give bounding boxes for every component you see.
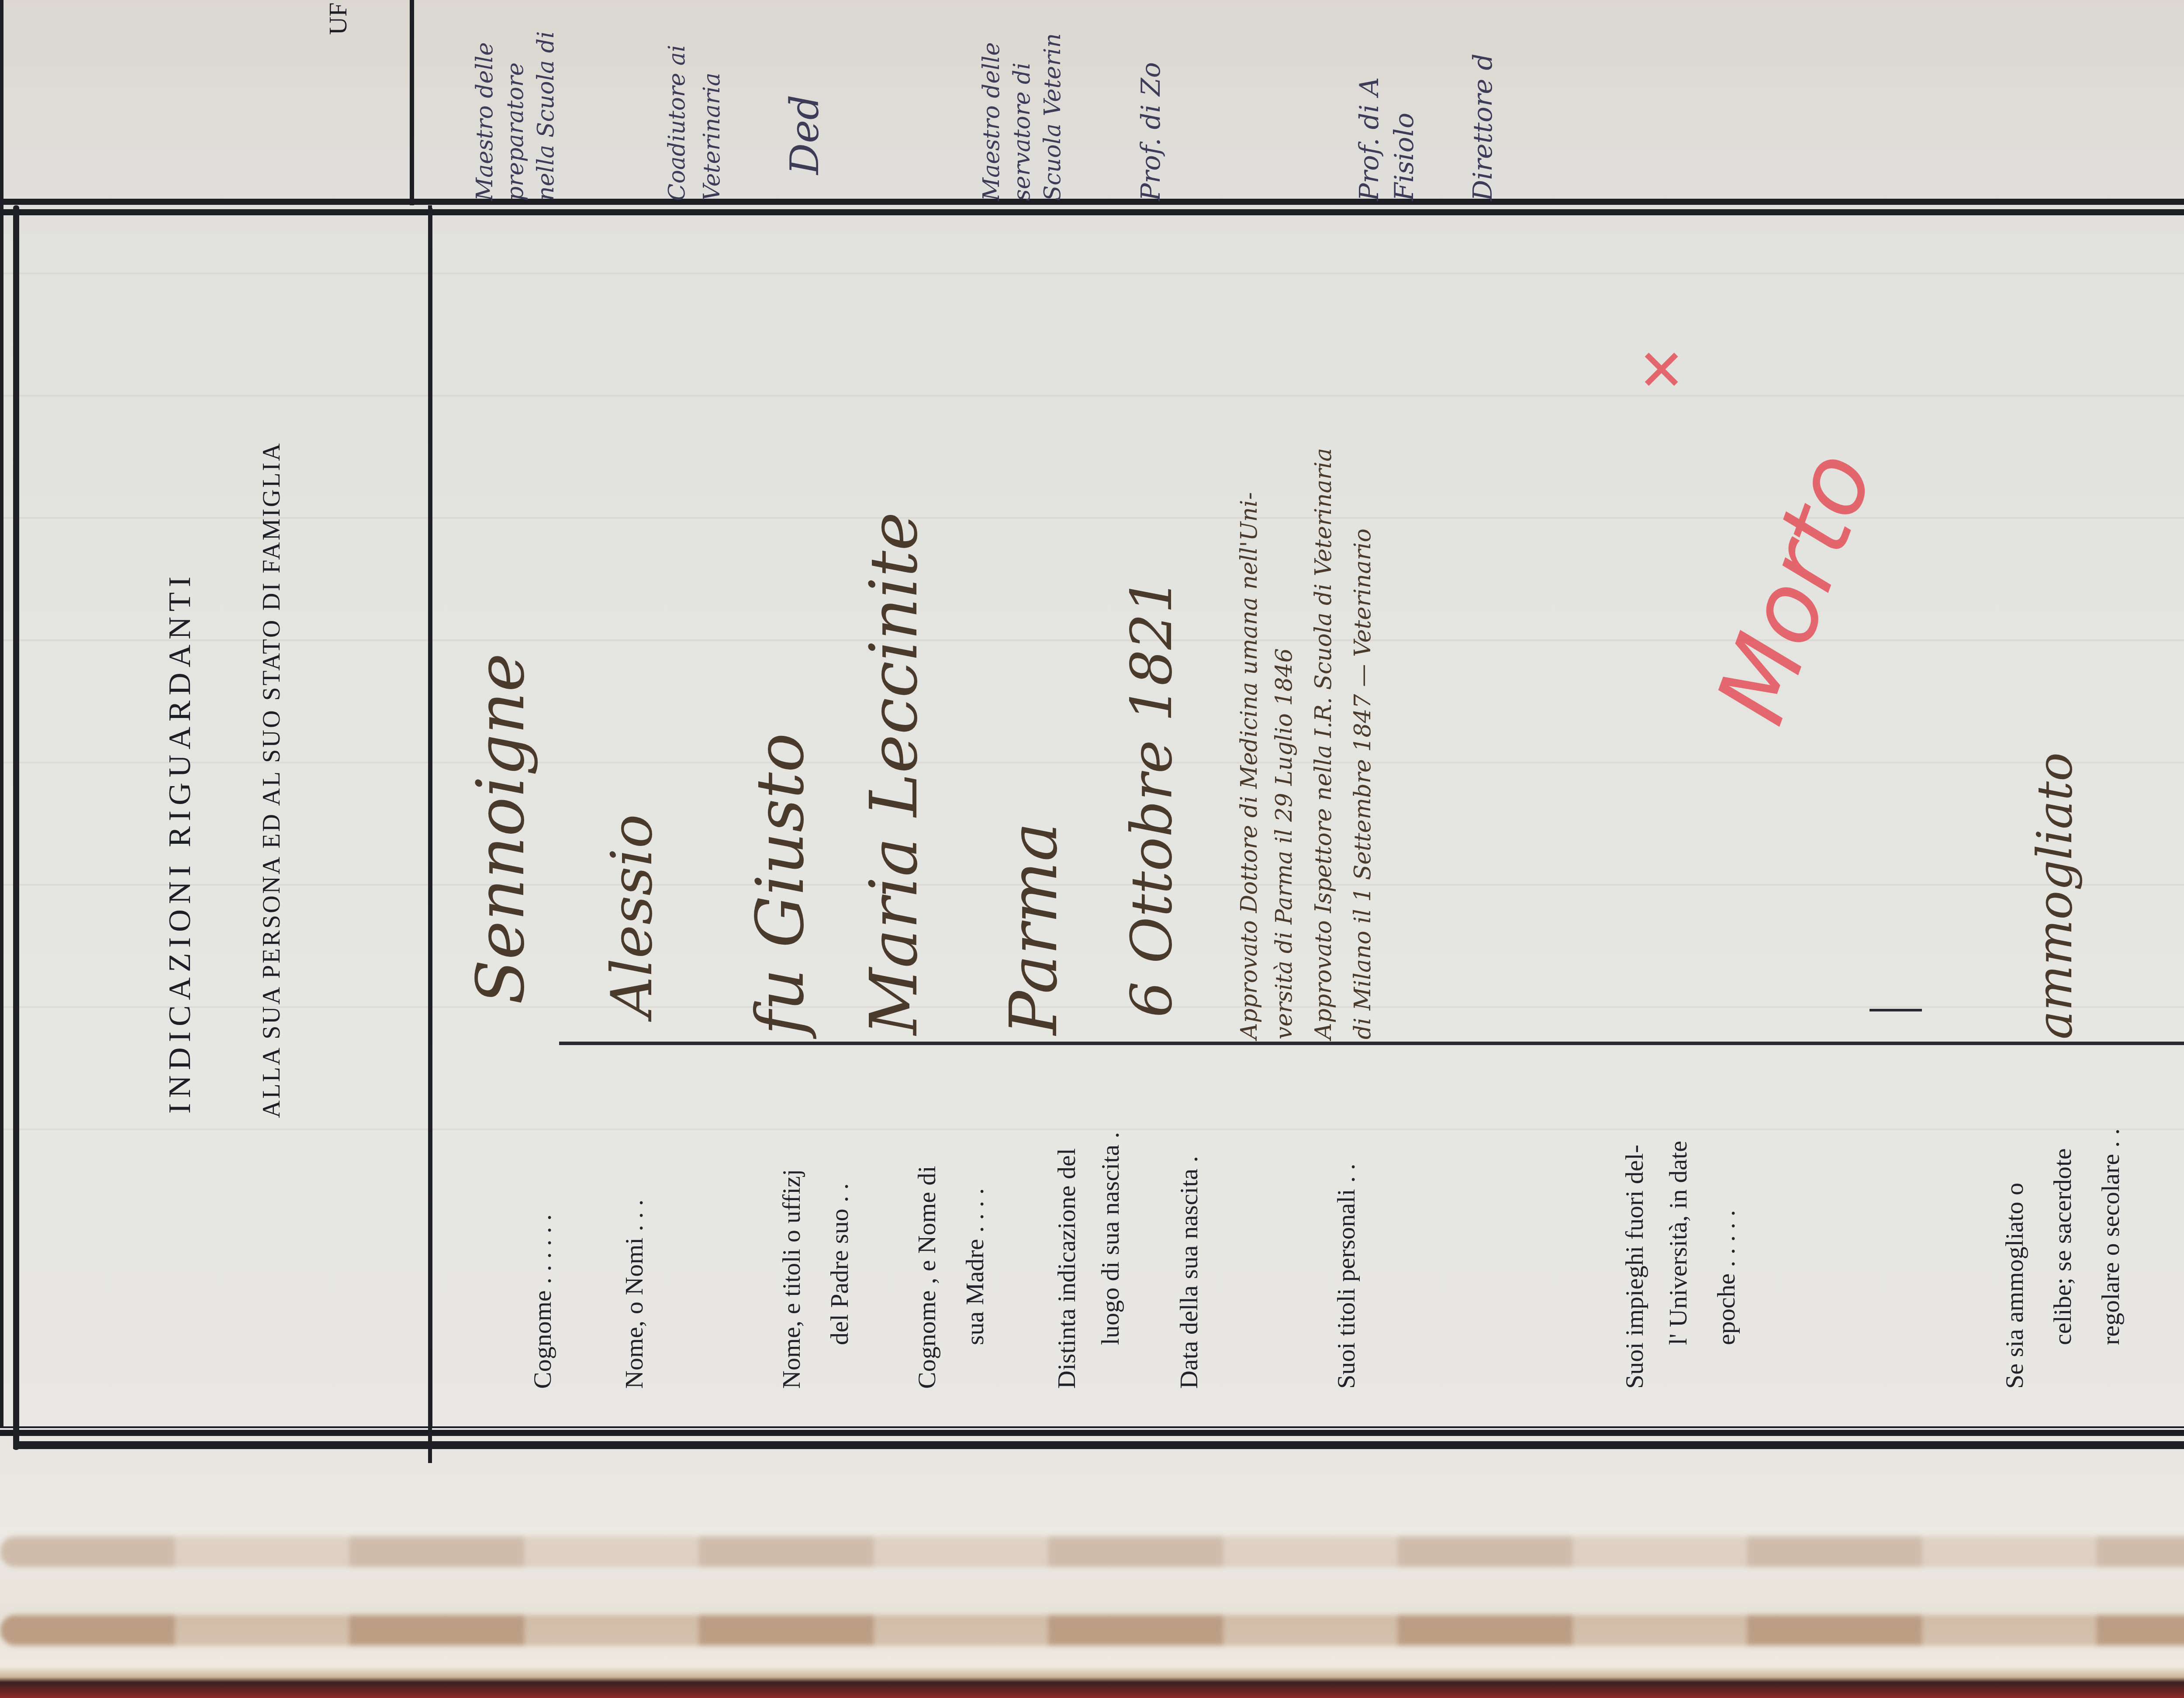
- value-titoli-line4: di Milano il 1 Settembre 1847 — Veterina…: [1350, 528, 1376, 1039]
- label-luogo-line1: Distinta indicazione del: [1048, 1148, 1085, 1389]
- label-titoli: Suoi titoli personali . .: [1328, 1163, 1365, 1389]
- value-luogo: Parma: [996, 822, 1072, 1035]
- value-padre: fu Giusto: [743, 733, 819, 1035]
- label-luogo-line2: luogo di sua nascita .: [1092, 1132, 1129, 1345]
- fragment: servatore di: [1009, 62, 1035, 201]
- label-data-nascita: Data della sua nascita .: [1171, 1156, 1207, 1389]
- frame-outer-rule: [13, 1441, 2184, 1449]
- blank-line: [1870, 1009, 1922, 1011]
- label-madre-line1: Cognome , e Nome di: [909, 1166, 945, 1389]
- value-titoli-line2: versità di Parma il 29 Luglio 1846: [1271, 648, 1297, 1039]
- label-impieghi-line2: l' Università, in date: [1660, 1141, 1697, 1345]
- value-cognome: Sennoigne: [463, 653, 539, 1004]
- fragment: preparatore: [502, 62, 529, 201]
- label-stato-line3: regolare o secolare . .: [2092, 1129, 2129, 1345]
- label-nome: Nome, o Nomi . . .: [616, 1200, 653, 1389]
- fragment: Scuola Veterin: [1040, 33, 1066, 201]
- header-subtitle: ALLA SUA PERSONA ED AL SUO STATO DI FAMI…: [258, 442, 286, 1118]
- fragment: Direttore d: [1468, 54, 1498, 201]
- fragment: Maestro delle: [472, 42, 498, 201]
- fragment: Prof. di A: [1354, 77, 1385, 201]
- label-stato-line2: celibe; se sacerdote: [2044, 1148, 2081, 1345]
- value-titoli-line1: Approvato Dottore di Medicina umana nell…: [1236, 492, 1262, 1039]
- frame-left-rule: [13, 205, 19, 1450]
- fragment: Coadiutore ai: [664, 45, 690, 201]
- fragment: Veterinaria: [699, 72, 725, 201]
- next-column-heading-fragment: UF: [323, 3, 352, 35]
- header-body-divider: [428, 205, 432, 1463]
- value-data-nascita: 6 Ottobre 1821: [1118, 577, 1185, 1018]
- label-padre-line2: del Padre suo . .: [821, 1184, 858, 1346]
- column-divider: [0, 199, 2184, 205]
- frame-inner-rule: [13, 1433, 2184, 1436]
- fragment: Prof. di Zo: [1136, 62, 1166, 201]
- label-stato-line1: Se sia ammogliato o: [1996, 1183, 2033, 1389]
- fragment: Fisiolo: [1389, 113, 1420, 201]
- label-value-separator: [559, 1042, 2184, 1045]
- label-impieghi-line1: Suoi impieghi fuori del-: [1616, 1145, 1653, 1389]
- value-nome: Alessio: [598, 814, 665, 1018]
- fragment: Ded: [782, 95, 828, 175]
- header-title: INDICAZIONI RIGUARDANTI: [162, 571, 198, 1114]
- label-madre-line2: sua Madre . . . .: [957, 1188, 993, 1345]
- label-impieghi-line3: epoche . . . . .: [1708, 1210, 1745, 1345]
- fragment: nella Scuola di: [533, 31, 559, 201]
- top-column-rule: [410, 0, 414, 205]
- label-padre-line1: Nome, e titoli o uffizj: [773, 1169, 810, 1389]
- red-cross-mark: ✕: [1629, 345, 1696, 393]
- value-titoli-line3: Approvato Ispettore nella I.R. Scuola di…: [1310, 448, 1337, 1039]
- value-madre: Maria Leccinite: [856, 512, 932, 1035]
- value-stato-civile: ammogliato: [2027, 752, 2083, 1039]
- fragment: Maestro delle: [978, 42, 1005, 201]
- label-cognome: Cognome . . . . . .: [524, 1214, 561, 1389]
- label-con-chi: con chi . .: [2175, 1132, 2184, 1232]
